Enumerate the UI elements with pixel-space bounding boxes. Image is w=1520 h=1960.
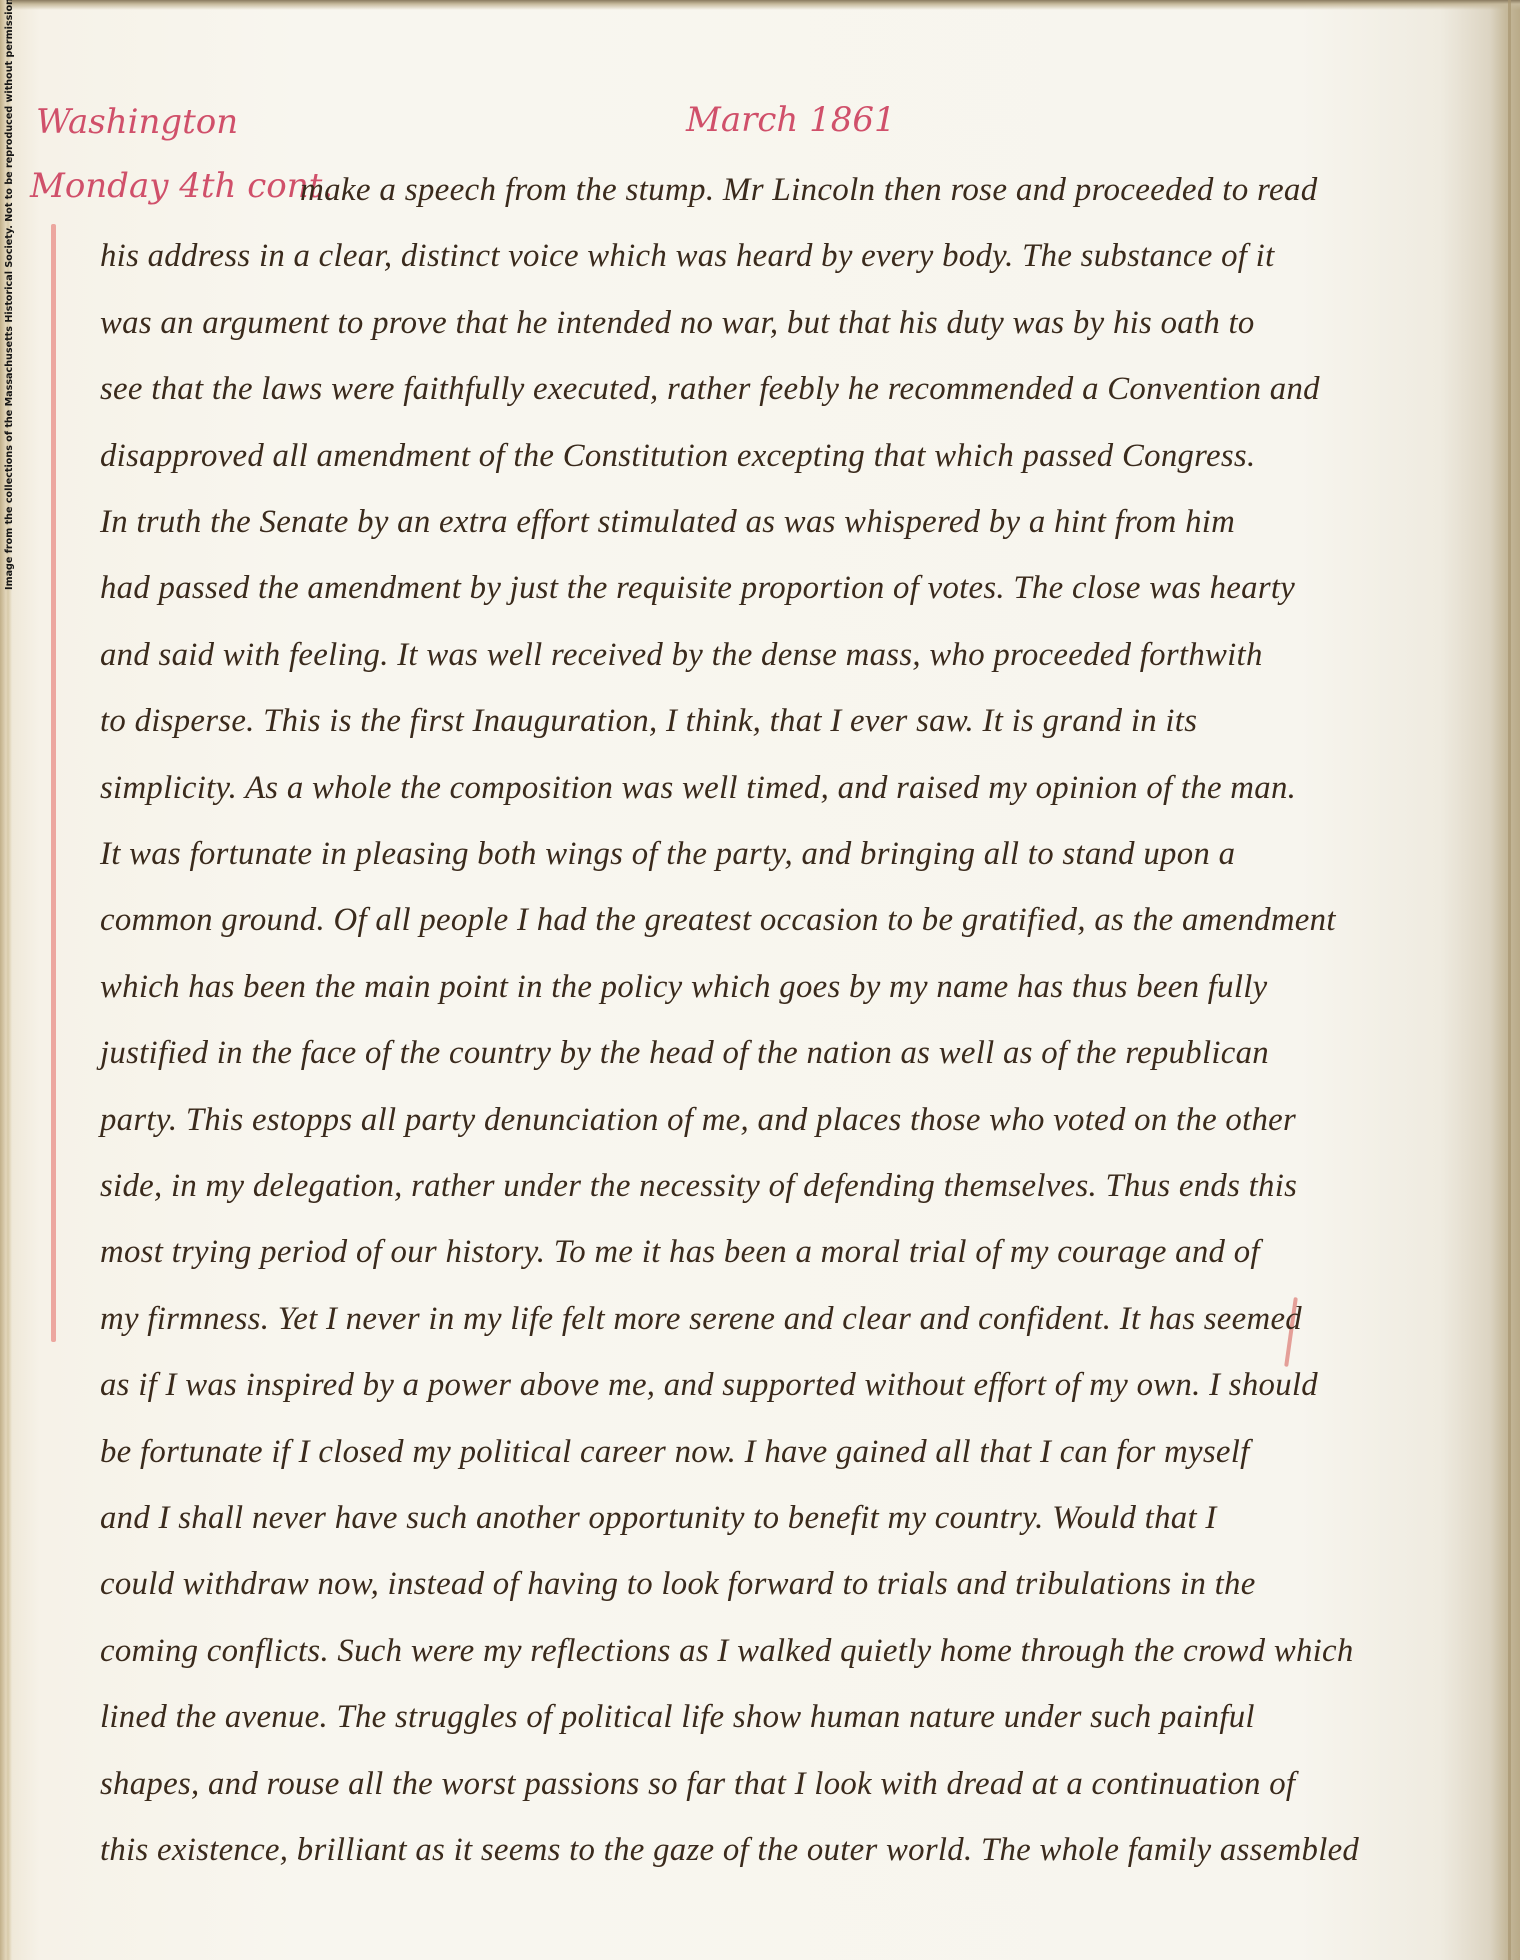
date-heading: March 1861 [686,100,896,140]
text-line: his address in a clear, distinct voice w… [100,236,1470,276]
copyright-notice: Image from the collections of the Massac… [4,590,18,1160]
text-line: justified in the face of the country by … [100,1033,1470,1073]
red-margin-rule [51,224,56,1342]
text-line: which has been the main point in the pol… [100,967,1470,1007]
page-top-edge [0,0,1520,10]
text-line: lined the avenue. The struggles of polit… [100,1697,1470,1737]
text-line: make a speech from the stump. Mr Lincoln… [300,170,1450,210]
text-line: see that the laws were faithfully execut… [100,369,1470,409]
copyright-text: Image from the collections of the Massac… [4,0,15,590]
text-line: party. This estopps all party denunciati… [100,1100,1470,1140]
text-line: as if I was inspired by a power above me… [100,1365,1470,1405]
text-line: this existence, brilliant as it seems to… [100,1830,1470,1870]
text-line: was an argument to prove that he intende… [100,303,1470,343]
text-line: It was fortunate in pleasing both wings … [100,834,1470,874]
page-binding-edge [1508,0,1511,1960]
text-line: and I shall never have such another oppo… [100,1498,1470,1538]
text-line: simplicity. As a whole the composition w… [100,768,1470,808]
text-line: and said with feeling. It was well recei… [100,635,1470,675]
text-line: common ground. Of all people I had the g… [100,900,1470,940]
manuscript-page: Image from the collections of the Massac… [0,0,1520,1960]
entry-day-label: Monday 4th cont. [30,166,333,206]
text-line: had passed the amendment by just the req… [100,568,1470,608]
text-line: could withdraw now, instead of having to… [100,1564,1470,1604]
text-line: side, in my delegation, rather under the… [100,1166,1470,1206]
text-line: to disperse. This is the first Inaugurat… [100,701,1470,741]
text-line: In truth the Senate by an extra effort s… [100,502,1470,542]
text-line: shapes, and rouse all the worst passions… [100,1764,1470,1804]
text-line: my firmness. Yet I never in my life felt… [100,1299,1470,1339]
text-line: disapproved all amendment of the Constit… [100,436,1470,476]
place-heading: Washington [36,102,238,142]
text-line: be fortunate if I closed my political ca… [100,1432,1470,1472]
text-line: coming conflicts. Such were my reflectio… [100,1631,1470,1671]
text-line: most trying period of our history. To me… [100,1232,1470,1272]
